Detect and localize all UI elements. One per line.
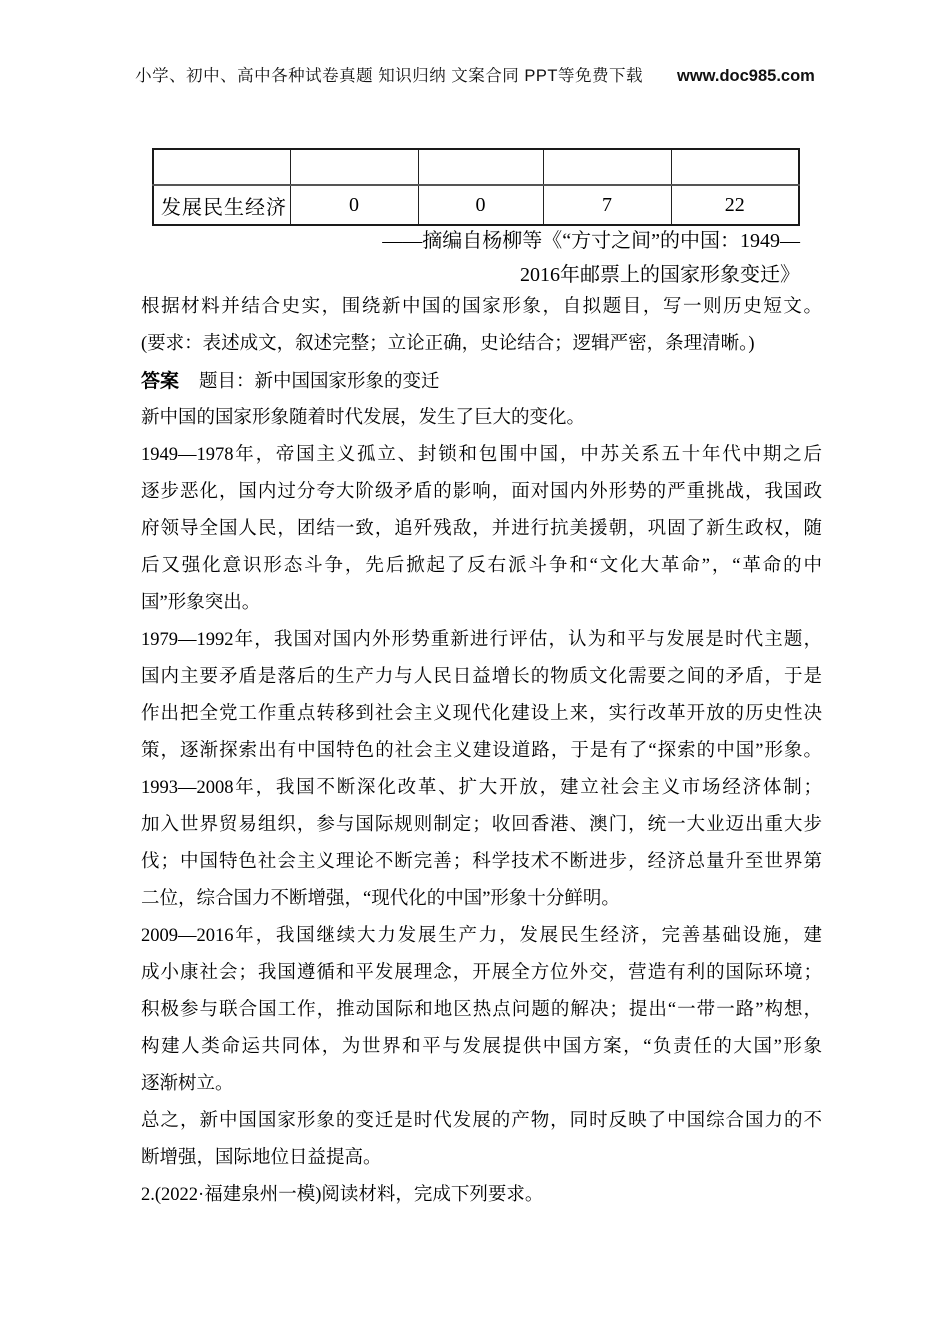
table-cell-value: 22 bbox=[671, 185, 799, 225]
essay-line: 1993—2008年，我国不断深化改革、扩大开放，建立社会主义市场经济体制； bbox=[141, 770, 822, 807]
question-requirements-line: (要求：表述成文，叙述完整；立论正确，史论结合；逻辑严密，条理清晰。) bbox=[141, 326, 822, 363]
table-cell-value: 0 bbox=[418, 185, 543, 225]
essay-line: 策，逐渐探索出有中国特色的社会主义建设道路，于是有了“探索的中国”形象。 bbox=[141, 733, 822, 770]
essay-line: 府领导全国人民，团结一致，追歼残敌，并进行抗美援朝，巩固了新生政权，随 bbox=[141, 511, 822, 548]
stats-table-wrap: 发展民生经济 0 0 7 22 bbox=[152, 148, 800, 226]
table-cell-value: 0 bbox=[290, 185, 418, 225]
question-task-line: 根据材料并结合史实，围绕新中国的国家形象，自拟题目，写一则历史短文。 bbox=[141, 289, 822, 326]
essay-line: 国”形象突出。 bbox=[141, 585, 822, 622]
header-site-url: www.doc985.com bbox=[677, 67, 815, 86]
essay-line: 成小康社会；我国遵循和平发展理念，开展全方位外交，营造有利的国际环境； bbox=[141, 955, 822, 992]
essay-line: 后又强化意识形态斗争，先后掀起了反右派斗争和“文化大革命”，“革命的中 bbox=[141, 548, 822, 585]
essay-line: 1979—1992年，我国对国内外形势重新进行评估，认为和平与发展是时代主题， bbox=[141, 622, 822, 659]
essay-line: 断增强，国际地位日益提高。 bbox=[141, 1140, 822, 1177]
table-cell bbox=[290, 149, 418, 185]
source-line-2: 2016年邮票上的国家形象变迁》 bbox=[141, 258, 822, 292]
table-cell bbox=[543, 149, 671, 185]
table-cell bbox=[418, 149, 543, 185]
page-header: 小学、初中、高中各种试卷真题 知识归纳 文案合同 PPT等免费下载 www.do… bbox=[0, 62, 950, 86]
table-row bbox=[153, 149, 799, 185]
essay-line: 1949—1978年，帝国主义孤立、封锁和包围中国，中苏关系五十年代中期之后 bbox=[141, 437, 822, 474]
essay-line: 伐；中国特色社会主义理论不断完善；科学技术不断进步，经济总量升至世界第 bbox=[141, 844, 822, 881]
table-cell bbox=[153, 149, 290, 185]
table-cell bbox=[671, 149, 799, 185]
essay-line: 二位，综合国力不断增强，“现代化的中国”形象十分鲜明。 bbox=[141, 881, 822, 918]
essay-line: 构建人类命运共同体，为世界和平与发展提供中国方案，“负责任的大国”形象 bbox=[141, 1029, 822, 1066]
essay-line: 总之，新中国国家形象的变迁是时代发展的产物，同时反映了中国综合国力的不 bbox=[141, 1103, 822, 1140]
essay-line: 新中国的国家形象随着时代发展，发生了巨大的变化。 bbox=[141, 400, 822, 437]
header-promo-text: 小学、初中、高中各种试卷真题 知识归纳 文案合同 PPT等免费下载 bbox=[135, 62, 643, 86]
answer-line: 答案题目：新中国国家形象的变迁 bbox=[141, 363, 822, 400]
table-row: 发展民生经济 0 0 7 22 bbox=[153, 185, 799, 225]
essay-line: 逐渐树立。 bbox=[141, 1066, 822, 1103]
table-cell-value: 7 bbox=[543, 185, 671, 225]
source-attribution: ——摘编自杨柳等《“方寸之间”的中国：1949— 2016年邮票上的国家形象变迁… bbox=[141, 224, 822, 292]
essay-line: 作出把全党工作重点转移到社会主义现代化建设上来，实行改革开放的历史性决 bbox=[141, 696, 822, 733]
stats-table: 发展民生经济 0 0 7 22 bbox=[152, 148, 800, 226]
body-text: 根据材料并结合史实，围绕新中国的国家形象，自拟题目，写一则历史短文。 (要求：表… bbox=[141, 289, 822, 1214]
essay-line: 加入世界贸易组织，参与国际规则制定；收回香港、澳门，统一大业迈出重大步 bbox=[141, 807, 822, 844]
next-question-line: 2.(2022·福建泉州一模)阅读材料，完成下列要求。 bbox=[141, 1177, 822, 1214]
essay-line: 积极参与联合国工作，推动国际和地区热点问题的解决；提出“一带一路”构想， bbox=[141, 992, 822, 1029]
table-cell-category: 发展民生经济 bbox=[153, 185, 290, 225]
essay-line: 逐步恶化，国内过分夸大阶级矛盾的影响，面对国内外形势的严重挑战，我国政 bbox=[141, 474, 822, 511]
document-page: 小学、初中、高中各种试卷真题 知识归纳 文案合同 PPT等免费下载 www.do… bbox=[0, 0, 950, 1344]
answer-label: 答案 bbox=[141, 371, 179, 392]
essay-line: 国内主要矛盾是落后的生产力与人民日益增长的物质文化需要之间的矛盾，于是 bbox=[141, 659, 822, 696]
answer-title: 题目：新中国国家形象的变迁 bbox=[199, 372, 440, 392]
source-line-1: ——摘编自杨柳等《“方寸之间”的中国：1949— bbox=[141, 224, 822, 258]
essay-line: 2009—2016年，我国继续大力发展生产力，发展民生经济，完善基础设施，建 bbox=[141, 918, 822, 955]
